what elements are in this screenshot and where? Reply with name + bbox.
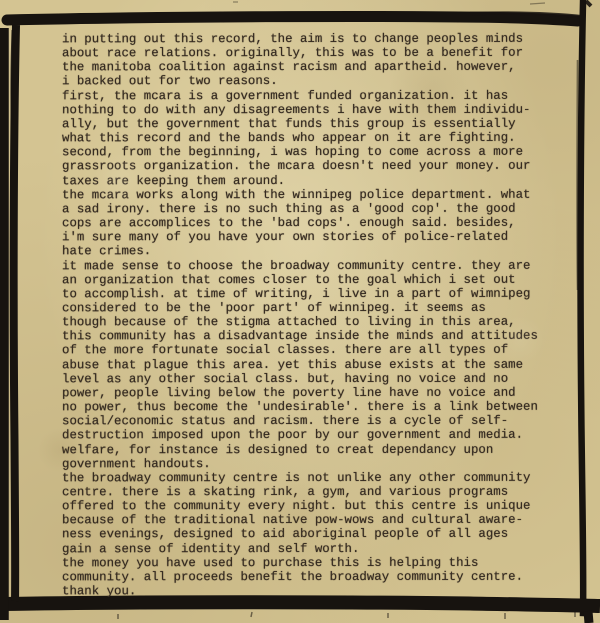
border-bottom-stroke xyxy=(0,602,600,606)
text-line: i backed out for two reasons. xyxy=(62,74,567,89)
text-line: cops are accomplices to the 'bad cops'. … xyxy=(62,216,567,231)
text-line: grassroots organization. the mcara doesn… xyxy=(62,159,567,174)
text-line: level as any other social class. but, ha… xyxy=(62,371,567,386)
corner-tick-bottom-right xyxy=(588,611,589,623)
corner-tick-top-right xyxy=(586,1,591,6)
border-right-stroke xyxy=(581,3,584,613)
text-line: gain a sense of identity and self worth. xyxy=(62,541,567,556)
text-line: an organization that comes closer to the… xyxy=(62,272,567,287)
border-right-brush xyxy=(577,60,578,290)
margin-ticks-bottom xyxy=(118,612,575,619)
text-line: a sad irony. there is no such thing as a… xyxy=(62,202,567,217)
text-line: nothing to do with any disagreements i h… xyxy=(62,103,567,118)
text-line: taxes are keeping them around. xyxy=(62,173,567,188)
scanned-paper-page: in putting out this record, the aim is t… xyxy=(0,0,600,623)
text-line: social/economic status and racism. there… xyxy=(62,414,567,429)
text-line: the money you have used to purchase this… xyxy=(62,556,567,571)
text-line: because of the traditional native pow-wo… xyxy=(62,513,567,528)
text-line: the mcara works along with the winnipeg … xyxy=(62,187,567,202)
text-line: about race relations. originally, this w… xyxy=(62,46,567,61)
text-line: destruction imposed upon the poor by our… xyxy=(62,428,567,443)
text-line: i'm sure many of you have your own stori… xyxy=(62,230,567,245)
typewriter-text-block: in putting out this record, the aim is t… xyxy=(62,32,567,598)
text-line: abuse that plague this area. yet this ab… xyxy=(62,357,567,372)
text-line: this community has a disadvantage inside… xyxy=(62,329,567,344)
text-line: second, from the beginning, i was hoping… xyxy=(62,145,567,160)
text-line: ness evenings, designed to aid aborigina… xyxy=(62,527,567,542)
text-line: community. all proceeds benefit the broa… xyxy=(62,570,567,585)
text-line: it made sense to choose the broadway com… xyxy=(62,258,567,273)
text-line: government handouts. xyxy=(62,456,567,471)
border-top-stroke xyxy=(7,16,578,21)
text-line: to accomplish. at time of writing, i liv… xyxy=(62,287,567,302)
border-left-stroke xyxy=(14,25,16,601)
text-line: what this record and the bands who appea… xyxy=(62,131,567,146)
text-line: hate crimes. xyxy=(62,244,567,259)
text-line: first, the mcara is a government funded … xyxy=(62,88,567,103)
text-line: in putting out this record, the aim is t… xyxy=(62,32,567,47)
text-line: welfare, for instance is designed to cre… xyxy=(62,442,567,457)
text-line: no power, thus become the 'undesirable'.… xyxy=(62,400,567,415)
text-line: the manitoba coalition against racism an… xyxy=(62,60,567,75)
text-line: offered to the community every night. bu… xyxy=(62,499,567,514)
text-line: considered to be the 'poor part' of winn… xyxy=(62,301,567,316)
text-line: though because of the stigma attached to… xyxy=(62,315,567,330)
text-line: of the more fortunate social classes. th… xyxy=(62,343,567,358)
text-line: centre. there is a skating rink, a gym, … xyxy=(62,485,567,500)
page-edge-left-brush xyxy=(12,30,13,125)
border-top-brush xyxy=(470,13,584,17)
margin-ticks-top xyxy=(233,2,545,4)
text-line: the broadway community centre is not unl… xyxy=(62,471,567,486)
text-line: power, people living below the poverty l… xyxy=(62,386,567,401)
text-line: ally, but the government that funds this… xyxy=(62,117,567,132)
text-line: thank you. xyxy=(62,584,567,599)
